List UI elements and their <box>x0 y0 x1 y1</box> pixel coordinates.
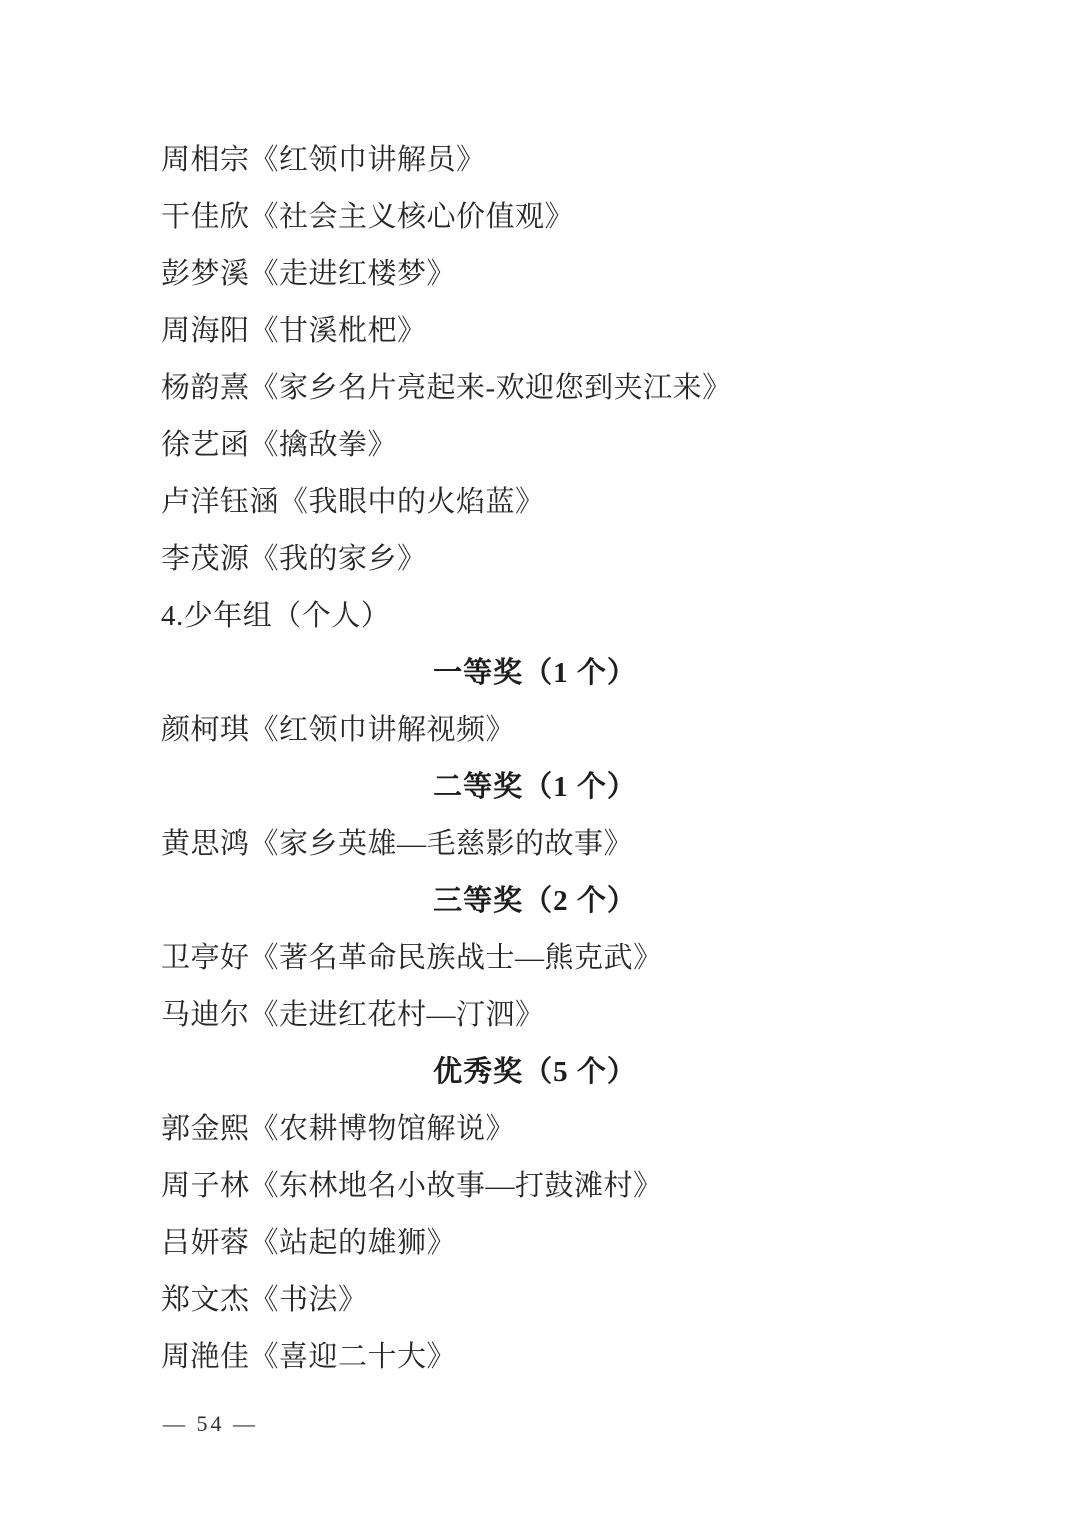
award-entry-line: 卢洋钰涵《我眼中的火焰蓝》 <box>0 474 1080 531</box>
award-tier-heading: 一等奖（1 个） <box>0 645 1080 702</box>
award-entry-line: 马迪尔《走进红花村—汀泗》 <box>0 987 1080 1044</box>
award-tier-heading: 二等奖（1 个） <box>0 759 1080 816</box>
award-entry-line: 卫亭好《著名革命民族战士—熊克武》 <box>0 930 1080 987</box>
award-entry-line: 周海阳《甘溪枇杷》 <box>0 303 1080 360</box>
award-entry-line: 黄思鸿《家乡英雄—毛慈影的故事》 <box>0 816 1080 873</box>
group-heading: 4.少年组（个人） <box>0 588 1080 645</box>
award-entry-line: 颜柯琪《红领巾讲解视频》 <box>0 702 1080 759</box>
award-entry-line: 郭金熙《农耕博物馆解说》 <box>0 1101 1080 1158</box>
award-entry-line: 杨韵熹《家乡名片亮起来-欢迎您到夹江来》 <box>0 360 1080 417</box>
document-body: 周相宗《红领巾讲解员》 干佳欣《社会主义核心价值观》 彭梦溪《走进红楼梦》 周海… <box>0 132 1080 1386</box>
award-entry-line: 徐艺函《擒敌拳》 <box>0 417 1080 474</box>
award-tier-heading: 三等奖（2 个） <box>0 873 1080 930</box>
award-tier-heading: 优秀奖（5 个） <box>0 1044 1080 1101</box>
award-entry-line: 彭梦溪《走进红楼梦》 <box>0 246 1080 303</box>
award-entry-line: 周滟佳《喜迎二十大》 <box>0 1329 1080 1386</box>
award-entry-line: 干佳欣《社会主义核心价值观》 <box>0 189 1080 246</box>
award-entry-line: 吕妍蓉《站起的雄狮》 <box>0 1215 1080 1272</box>
page-number: — 54 — <box>163 1411 258 1437</box>
document-page: 周相宗《红领巾讲解员》 干佳欣《社会主义核心价值观》 彭梦溪《走进红楼梦》 周海… <box>0 0 1080 1527</box>
award-entry-line: 李茂源《我的家乡》 <box>0 531 1080 588</box>
award-entry-line: 周相宗《红领巾讲解员》 <box>0 132 1080 189</box>
award-entry-line: 郑文杰《书法》 <box>0 1272 1080 1329</box>
award-entry-line: 周子林《东林地名小故事—打鼓滩村》 <box>0 1158 1080 1215</box>
